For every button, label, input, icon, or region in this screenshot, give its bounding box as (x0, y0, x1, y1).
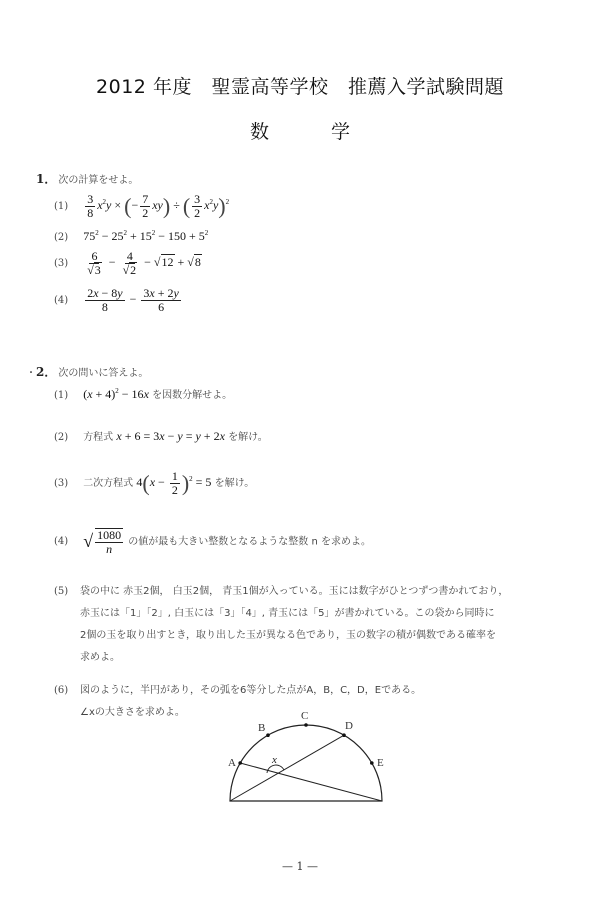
item-label: (3) (54, 478, 80, 489)
q2-item-5: (5) (54, 581, 80, 603)
math-expression: (x + 4)2 − 16x (83, 387, 149, 401)
text-line: 赤玉には「1」「2」, 白玉には「3」「4」, 青玉には「5」が書かれている。こ… (80, 603, 580, 625)
subject-heading: 数 学 (0, 117, 600, 144)
text-line: 図のように，半円があり，その弧を6等分した点がA，B，C，D，Eである。 (80, 680, 580, 702)
text-line: 袋の中に 赤玉2個， 白玉2個， 青玉1個が入っている。玉には数字がひとつずつ書… (80, 581, 580, 603)
q1-number: 1． (36, 172, 56, 186)
item-prefix: 方程式 (83, 432, 113, 443)
item-label: (2) (54, 432, 80, 443)
math-expression: 752 − 252 + 152 − 150 + 52 (83, 229, 208, 243)
item-text: を因数分解せよ。 (152, 390, 232, 401)
q1-item-4: (4) 2x − 8y8 − 3x + 2y6 (54, 287, 183, 313)
angle-label-x: x (271, 754, 277, 766)
math-expression: 38x2y × (−72xy) ÷ (32x2y)2 (83, 198, 229, 212)
math-expression: √1080n (83, 533, 125, 547)
q2-item-5-text: 袋の中に 赤玉2個， 白玉2個， 青玉1個が入っている。玉には数字がひとつずつ書… (80, 581, 580, 669)
item-text: の値が最も大きい整数となるような整数 n を求めよ。 (128, 536, 371, 547)
item-text: を解け。 (228, 432, 268, 443)
q2-item-4: (4) √1080n の値が最も大きい整数となるような整数 n を求めよ。 (54, 528, 371, 555)
q2-item-6: (6) (54, 680, 80, 702)
item-label: (1) (54, 201, 80, 212)
item-prefix: 二次方程式 (83, 478, 133, 489)
q2-marker: ・ (26, 368, 36, 379)
item-label: (4) (54, 295, 80, 306)
q2-item-3: (3) 二次方程式 4(x − 12)2 = 5 を解け。 (54, 470, 254, 496)
exam-title: 2012 年度 聖霊高等学校 推薦入学試験問題 (0, 72, 600, 99)
math-expression: 2x − 8y8 − 3x + 2y6 (83, 292, 183, 306)
text-line: 求めよ。 (80, 647, 580, 669)
point-label-b: B (258, 722, 265, 734)
semicircle-diagram: A B C D E x (200, 700, 410, 810)
q2-header: ・2．次の問いに答えよ。 (26, 363, 148, 380)
item-label: (4) (54, 536, 80, 547)
item-label: (2) (54, 232, 80, 243)
q1-item-2: (2) 752 − 252 + 152 − 150 + 52 (54, 229, 208, 244)
q2-item-1: (1) (x + 4)2 − 16x を因数分解せよ。 (54, 386, 232, 402)
item-text: を解け。 (215, 478, 255, 489)
q1-item-3: (3) 6√3 − 4√2 − √12 + √8 (54, 250, 202, 276)
item-label: (1) (54, 390, 80, 401)
page-number: — 1 — (0, 860, 600, 873)
point-label-e: E (377, 757, 384, 769)
text-line: 2個の玉を取り出すとき，取り出した玉が異なる色であり，玉の数字の積が偶数である確… (80, 625, 580, 647)
item-label: (5) (54, 581, 80, 603)
q2-instruction: 次の問いに答えよ。 (58, 368, 148, 379)
item-label: (6) (54, 680, 80, 702)
point-label-d: D (345, 720, 353, 732)
q2-number: 2． (36, 365, 56, 379)
q1-instruction: 次の計算をせよ。 (58, 175, 138, 186)
math-expression: x + 6 = 3x − y = y + 2x (116, 429, 225, 443)
point-label-a: A (228, 757, 236, 769)
subject-char-1: 数 (250, 117, 269, 144)
q1-header: 1．次の計算をせよ。 (36, 170, 138, 187)
math-expression: 4(x − 12)2 = 5 (136, 475, 211, 489)
q1-item-1: (1) 38x2y × (−72xy) ÷ (32x2y)2 (54, 193, 229, 219)
q2-item-2: (2) 方程式 x + 6 = 3x − y = y + 2x を解け。 (54, 428, 268, 444)
math-expression: 6√3 − 4√2 − √12 + √8 (83, 255, 202, 269)
point-label-c: C (301, 710, 308, 722)
item-label: (3) (54, 258, 80, 269)
subject-char-2: 学 (331, 117, 350, 144)
